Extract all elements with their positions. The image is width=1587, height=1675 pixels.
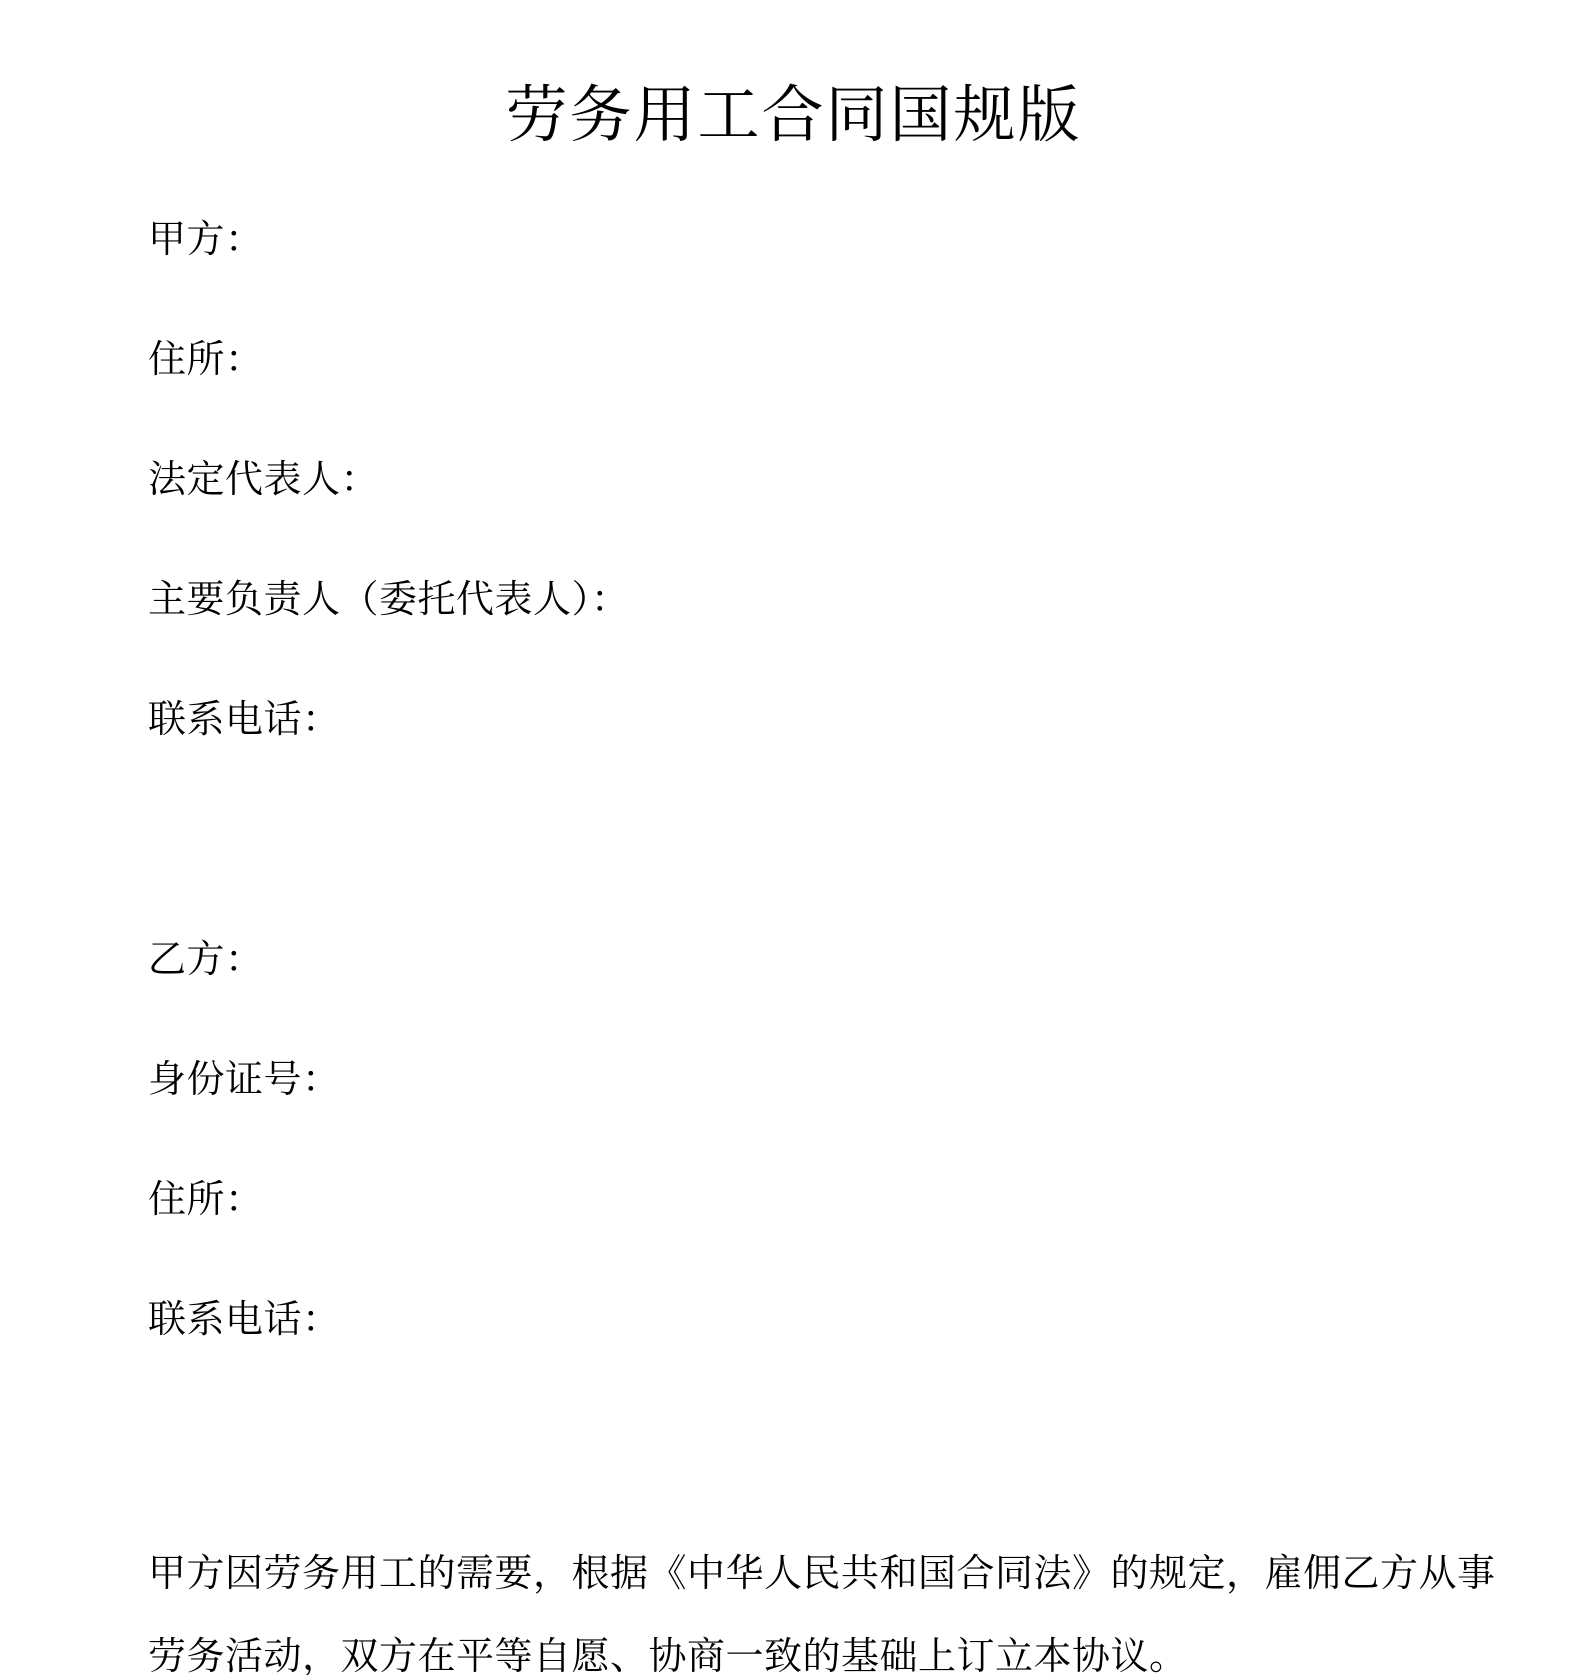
- party-a-principal-label: 主要负责人（委托代表人）：: [148, 578, 630, 622]
- party-b-address-label: 住所：: [148, 1178, 264, 1222]
- party-a-phone-label: 联系电话：: [148, 698, 341, 742]
- contract-document-page: 劳务用工合同国规版 甲方： 住所： 法定代表人： 主要负责人（委托代表人）： 联…: [0, 0, 1587, 1675]
- party-a-legal-representative-label: 法定代表人：: [148, 458, 379, 502]
- document-title: 劳务用工合同国规版: [0, 78, 1587, 152]
- intro-paragraph-line-1: 甲方因劳务用工的需要，根据《中华人民共和国合同法》的规定，雇佣乙方从事: [148, 1552, 1477, 1596]
- party-b-id-number-label: 身份证号：: [148, 1058, 341, 1102]
- party-a-name-label: 甲方：: [148, 218, 264, 262]
- party-b-phone-label: 联系电话：: [148, 1298, 341, 1342]
- party-b-name-label: 乙方：: [148, 938, 264, 982]
- party-a-address-label: 住所：: [148, 338, 264, 382]
- intro-paragraph-line-2: 劳务活动，双方在平等自愿、协商一致的基础上订立本协议。: [148, 1635, 1477, 1675]
